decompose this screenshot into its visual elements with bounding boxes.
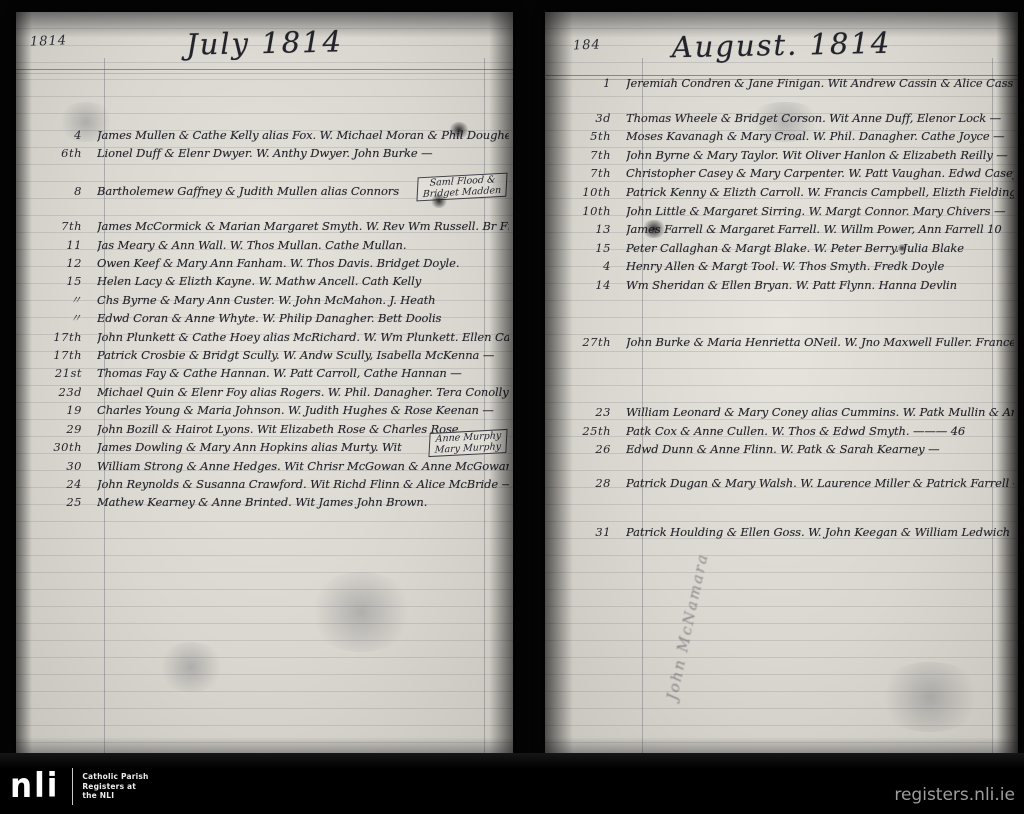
entry-day: 10th: [553, 183, 626, 202]
entry-text: John Little & Margaret Sirring. W. Margt…: [626, 202, 1014, 221]
page-title-august: August. 1814: [545, 23, 1019, 67]
entry-text: Henry Allen & Margt Tool. W. Thos Smyth.…: [626, 257, 1014, 276]
entry-day: 17th: [24, 328, 97, 346]
entry-day: 8: [24, 182, 97, 200]
entry-day: 15: [553, 239, 626, 258]
entry-text: Peter Callaghan & Margt Blake. W. Peter …: [626, 239, 1014, 258]
nli-logo: nli: [10, 770, 59, 803]
entry-day: 30th: [24, 438, 97, 456]
entry-day: 23: [553, 403, 626, 422]
register-entry: 4James Mullen & Cathe Kelly alias Fox. W…: [24, 126, 509, 144]
register-entry: 〃Edwd Coran & Anne Whyte. W. Philip Dana…: [24, 309, 509, 327]
entry-day: 5th: [553, 127, 626, 146]
site-watermark: registers.nli.ie: [894, 785, 1015, 805]
entry-text: Helen Lacy & Elizth Kayne. W. Mathw Ance…: [97, 272, 509, 290]
bleedthrough-signature: John McNamara: [663, 551, 712, 702]
entry-text: Patrick Dugan & Mary Walsh. W. Laurence …: [626, 474, 1014, 493]
register-entry: 3dThomas Wheele & Bridget Corson. Wit An…: [553, 109, 1014, 128]
register-entry: 14Wm Sheridan & Ellen Bryan. W. Patt Fly…: [553, 276, 1014, 295]
register-entry: 7thJohn Byrne & Mary Taylor. Wit Oliver …: [553, 146, 1014, 165]
entry-day: 29: [24, 420, 97, 438]
entry-day: 11: [24, 236, 97, 254]
entry-day: 13: [553, 220, 626, 239]
entry-text: Wm Sheridan & Ellen Bryan. W. Patt Flynn…: [626, 276, 1014, 295]
entry-day: 7th: [553, 164, 626, 183]
entry-group: 28Patrick Dugan & Mary Walsh. W. Laurenc…: [553, 474, 1014, 493]
entry-group: 23William Leonard & Mary Coney alias Cum…: [553, 403, 1014, 459]
entry-day: 4: [553, 257, 626, 276]
register-entry: 25Mathew Kearney & Anne Brinted. Wit Jam…: [24, 493, 509, 511]
entry-text: John Reynolds & Susanna Crawford. Wit Ri…: [97, 475, 509, 493]
entry-text: Jas Meary & Ann Wall. W. Thos Mullan. Ca…: [97, 236, 509, 254]
entry-text: Edwd Coran & Anne Whyte. W. Philip Danag…: [97, 309, 509, 327]
register-entry: 8Bartholemew Gaffney & Judith Mullen ali…: [24, 182, 509, 200]
entry-day: 23d: [24, 383, 97, 401]
entry-day: 14: [553, 276, 626, 295]
entry-day: 12: [24, 254, 97, 272]
entry-text: Edwd Dunn & Anne Flinn. W. Patk & Sarah …: [626, 440, 1014, 459]
entry-group: 4James Mullen & Cathe Kelly alias Fox. W…: [24, 126, 509, 163]
entry-day: 17th: [24, 346, 97, 364]
entry-day: 27th: [553, 333, 626, 352]
register-entry: 17thPatrick Crosbie & Bridgt Scully. W. …: [24, 346, 509, 364]
entry-text: James Mullen & Cathe Kelly alias Fox. W.…: [97, 126, 509, 144]
entry-text: Owen Keef & Mary Ann Fanham. W. Thos Dav…: [97, 254, 509, 272]
register-entry: 15Helen Lacy & Elizth Kayne. W. Mathw An…: [24, 272, 509, 290]
register-entries-july: 4James Mullen & Cathe Kelly alias Fox. W…: [24, 126, 509, 512]
entry-group: 7thJames McCormick & Marian Margaret Smy…: [24, 217, 509, 512]
register-entry: 24John Reynolds & Susanna Crawford. Wit …: [24, 475, 509, 493]
register-entry: 26Edwd Dunn & Anne Flinn. W. Patk & Sara…: [553, 440, 1014, 459]
register-entry: 10thPatrick Kenny & Elizth Carroll. W. F…: [553, 183, 1014, 202]
caption-line: Catholic Parish: [82, 772, 148, 782]
entry-day: 〃: [24, 291, 97, 309]
entry-text: Thomas Fay & Cathe Hannan. W. Patt Carro…: [97, 364, 509, 382]
paper-stain: [306, 572, 416, 652]
register-entry: 28Patrick Dugan & Mary Walsh. W. Laurenc…: [553, 474, 1014, 493]
entry-day: 30: [24, 457, 97, 475]
entry-day: 4: [24, 126, 97, 144]
register-entry: 17thJohn Plunkett & Cathe Hoey alias McR…: [24, 328, 509, 346]
register-entry: 27thJohn Burke & Maria Henrietta ONeil. …: [553, 333, 1014, 352]
entry-text: Mathew Kearney & Anne Brinted. Wit James…: [97, 493, 509, 511]
paper-stain: [875, 662, 985, 732]
register-entries-august: 1Jeremiah Condren & Jane Finigan. Wit An…: [553, 74, 1014, 541]
entry-group: 3dThomas Wheele & Bridget Corson. Wit An…: [553, 109, 1014, 295]
entry-day: 7th: [553, 146, 626, 165]
register-entry: 7thChristopher Casey & Mary Carpenter. W…: [553, 164, 1014, 183]
entry-text: Patrick Crosbie & Bridgt Scully. W. Andw…: [97, 346, 509, 364]
entry-text: Christopher Casey & Mary Carpenter. W. P…: [626, 164, 1014, 183]
entry-text: Thomas Wheele & Bridget Corson. Wit Anne…: [626, 109, 1014, 128]
entry-text: Lionel Duff & Elenr Dwyer. W. Anthy Dwye…: [97, 144, 509, 162]
entry-text: Charles Young & Maria Johnson. W. Judith…: [97, 401, 509, 419]
register-entry: 12Owen Keef & Mary Ann Fanham. W. Thos D…: [24, 254, 509, 272]
register-entry: 25thPatk Cox & Anne Cullen. W. Thos & Ed…: [553, 422, 1014, 441]
entry-text: Chs Byrne & Mary Ann Custer. W. John McM…: [97, 291, 509, 309]
caption-line: Registers at: [82, 782, 148, 792]
entry-group: 8Bartholemew Gaffney & Judith Mullen ali…: [24, 182, 509, 200]
entry-day: 1: [553, 74, 626, 93]
entry-text: William Strong & Anne Hedges. Wit Chrisr…: [97, 457, 509, 475]
register-entry: 5thMoses Kavanagh & Mary Croal. W. Phil.…: [553, 127, 1014, 146]
entry-text: James McCormick & Marian Margaret Smyth.…: [97, 217, 509, 235]
entry-text: Patk Cox & Anne Cullen. W. Thos & Edwd S…: [626, 422, 1014, 441]
register-entry: 13James Farrell & Margaret Farrell. W. W…: [553, 220, 1014, 239]
entry-day: 19: [24, 401, 97, 419]
register-entry: 23William Leonard & Mary Coney alias Cum…: [553, 403, 1014, 422]
entry-group: 1Jeremiah Condren & Jane Finigan. Wit An…: [553, 74, 1014, 93]
entry-text: John Plunkett & Cathe Hoey alias McRicha…: [97, 328, 509, 346]
logo-divider: [72, 768, 73, 805]
entry-day: 31: [553, 523, 626, 542]
entry-day: 15: [24, 272, 97, 290]
entry-group: 31Patrick Houlding & Ellen Goss. W. John…: [553, 523, 1014, 542]
entry-day: 25th: [553, 422, 626, 441]
register-entry: 〃Chs Byrne & Mary Ann Custer. W. John Mc…: [24, 291, 509, 309]
register-entry: 21stThomas Fay & Cathe Hannan. W. Patt C…: [24, 364, 509, 382]
register-entry: 4Henry Allen & Margt Tool. W. Thos Smyth…: [553, 257, 1014, 276]
entry-day: 3d: [553, 109, 626, 128]
register-entry: 15Peter Callaghan & Margt Blake. W. Pete…: [553, 239, 1014, 258]
register-page-july: 1814 July 1814 4James Mullen & Cathe Kel…: [16, 12, 513, 753]
entry-text: Jeremiah Condren & Jane Finigan. Wit And…: [626, 74, 1014, 93]
paper-stain: [156, 642, 226, 692]
margin-note: Saml Flood &Bridget Madden: [416, 172, 508, 201]
register-entry: 6thLionel Duff & Elenr Dwyer. W. Anthy D…: [24, 144, 509, 162]
nli-caption: Catholic Parish Registers at the NLI: [82, 772, 148, 801]
register-entry: 23dMichael Quin & Elenr Foy alias Rogers…: [24, 383, 509, 401]
register-entry: 30thJames Dowling & Mary Ann Hopkins ali…: [24, 438, 509, 456]
register-entry: 10thJohn Little & Margaret Sirring. W. M…: [553, 202, 1014, 221]
register-page-august: 184 August. 1814 1Jeremiah Condren & Jan…: [545, 12, 1018, 753]
entry-day: 21st: [24, 364, 97, 382]
entry-text: Patrick Kenny & Elizth Carroll. W. Franc…: [626, 183, 1014, 202]
entry-day: 10th: [553, 202, 626, 221]
nli-branding: nli Catholic Parish Registers at the NLI: [10, 768, 149, 805]
entry-text: Michael Quin & Elenr Foy alias Rogers. W…: [97, 383, 509, 401]
entry-group: 27thJohn Burke & Maria Henrietta ONeil. …: [553, 333, 1014, 352]
register-entry: 31Patrick Houlding & Ellen Goss. W. John…: [553, 523, 1014, 542]
entry-day: 〃: [24, 309, 97, 327]
entry-text: John Byrne & Mary Taylor. Wit Oliver Han…: [626, 146, 1014, 165]
entry-day: 28: [553, 474, 626, 493]
entry-day: 26: [553, 440, 626, 459]
entry-text: Patrick Houlding & Ellen Goss. W. John K…: [626, 523, 1014, 542]
header-rule: [16, 69, 513, 74]
register-entry: 11Jas Meary & Ann Wall. W. Thos Mullan. …: [24, 236, 509, 254]
footer-bar: nli Catholic Parish Registers at the NLI…: [0, 753, 1024, 814]
register-entry: 30William Strong & Anne Hedges. Wit Chri…: [24, 457, 509, 475]
entry-day: 7th: [24, 217, 97, 235]
entry-day: 25: [24, 493, 97, 511]
entry-text: James Farrell & Margaret Farrell. W. Wil…: [626, 220, 1014, 239]
entry-text: Moses Kavanagh & Mary Croal. W. Phil. Da…: [626, 127, 1014, 146]
page-title-july: July 1814: [16, 21, 514, 65]
entry-text: John Burke & Maria Henrietta ONeil. W. J…: [626, 333, 1014, 352]
caption-line: the NLI: [82, 791, 148, 801]
register-entry: 19Charles Young & Maria Johnson. W. Judi…: [24, 401, 509, 419]
register-entry: 7thJames McCormick & Marian Margaret Smy…: [24, 217, 509, 235]
entry-day: 24: [24, 475, 97, 493]
entry-day: 6th: [24, 144, 97, 162]
register-entry: 1Jeremiah Condren & Jane Finigan. Wit An…: [553, 74, 1014, 93]
entry-text: William Leonard & Mary Coney alias Cummi…: [626, 403, 1014, 422]
margin-note: Anne MurphyMary Murphy: [428, 429, 507, 457]
